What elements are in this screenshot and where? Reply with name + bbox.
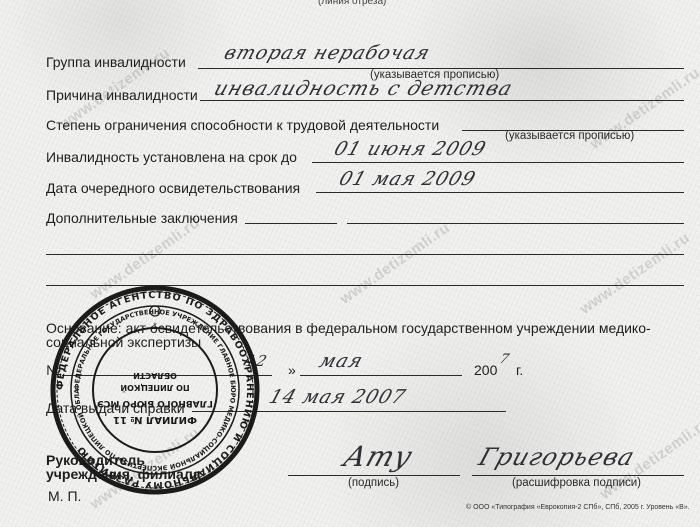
stamp-inner-line2: ГЛАВНОГО БЮРО МСЭ: [97, 398, 213, 408]
official-stamp: ФЕДЕРАЛЬНОЕ АГЕНТСТВО ПО ЗДРАВООХРАНЕНИЮ…: [50, 285, 260, 495]
act-month-value: мая: [316, 350, 366, 372]
valid-until-value: 01 июня 2009: [331, 138, 489, 160]
handwritten-name: Григорьева: [475, 443, 638, 471]
next-exam-line: [316, 192, 684, 193]
act-year-prefix: 200: [474, 362, 497, 378]
handwritten-signature: Ату: [340, 440, 418, 473]
valid-until-line: [312, 162, 684, 163]
disability-cause-line: [200, 100, 684, 101]
additional-conclusions-line-2: [46, 254, 684, 255]
act-year-suffix: г.: [516, 362, 523, 378]
additional-conclusions-line: [245, 223, 337, 224]
disability-group-value: вторая нерабочая: [221, 42, 433, 64]
issue-date-value: 14 мая 2007: [266, 386, 408, 408]
work-limitation-label: Степень ограничения способности к трудов…: [46, 117, 439, 133]
additional-conclusions-label: Дополнительные заключения: [46, 210, 238, 226]
disability-cause-value: инвалидность с детства: [211, 76, 516, 100]
quote-close: »: [288, 362, 296, 378]
disability-cause-label: Причина инвалидности: [46, 87, 198, 103]
watermark: www.detizemli.ru: [577, 229, 693, 317]
work-limitation-caption: (указывается прописью): [505, 130, 634, 142]
printer-note: © ООО «Типография «Еврокопия-2 СПб», СПб…: [466, 504, 690, 511]
watermark: www.detizemli.ru: [337, 219, 453, 307]
valid-until-label: Инвалидность установлена на срок до: [46, 149, 297, 165]
additional-conclusions-line: [347, 223, 684, 224]
disability-group-label: Группа инвалидности: [46, 54, 186, 70]
act-month-line: [300, 375, 462, 376]
next-exam-label: Дата очередного освидетельствования: [46, 180, 300, 196]
stamp-inner-line4: ОБЛАСТИ: [133, 371, 177, 380]
cut-line-caption: (линия отреза): [318, 0, 386, 7]
act-year-digit: 7: [498, 352, 512, 367]
signature-caption: (подпись): [348, 477, 399, 489]
stamp-inner-line1: ФИЛИАЛ № 11: [113, 414, 197, 425]
star-icon: *: [153, 321, 157, 331]
next-exam-value: 01 мая 2009: [336, 168, 478, 190]
document-page: www.detizemli.ru www.detizemli.ru www.de…: [0, 0, 700, 527]
decode-caption: (расшифровка подписи): [512, 477, 641, 489]
stamp-inner-line3: ПО ЛИПЕЦКОЙ: [120, 383, 189, 394]
